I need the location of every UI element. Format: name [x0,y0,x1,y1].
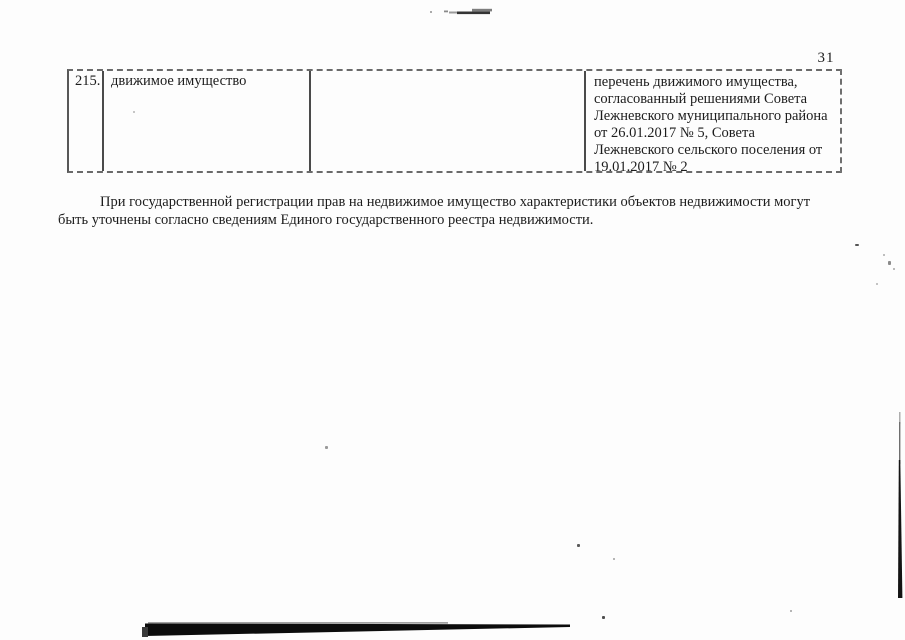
scan-smudge-top [425,4,505,18]
scan-speck [790,610,792,612]
scan-speck [876,283,878,285]
scan-speck [883,254,885,256]
scan-speck [855,244,859,246]
scan-speck [133,111,135,113]
scan-speck [893,268,895,270]
scan-speck [888,261,891,265]
scan-bar-bottom [140,618,580,640]
scanned-document-page: 31 215. движимое имущество перечень движ… [0,0,905,640]
body-paragraph: При государственной регистрации прав на … [58,193,878,229]
scan-speck [613,558,615,560]
scan-line-right-edge [893,410,905,610]
scan-speck [325,446,328,449]
asset-table: 215. движимое имущество перечень движимо… [67,69,842,173]
table-cell-row-index: 215. [69,71,104,171]
page-number: 31 [806,50,846,67]
scan-speck [602,616,605,619]
table-cell-asset-name: движимое имущество [104,71,311,171]
table-cell-asset-details: перечень движимого имущества, согласован… [586,71,840,171]
scan-speck [577,544,580,547]
table-cell-empty [311,71,586,171]
